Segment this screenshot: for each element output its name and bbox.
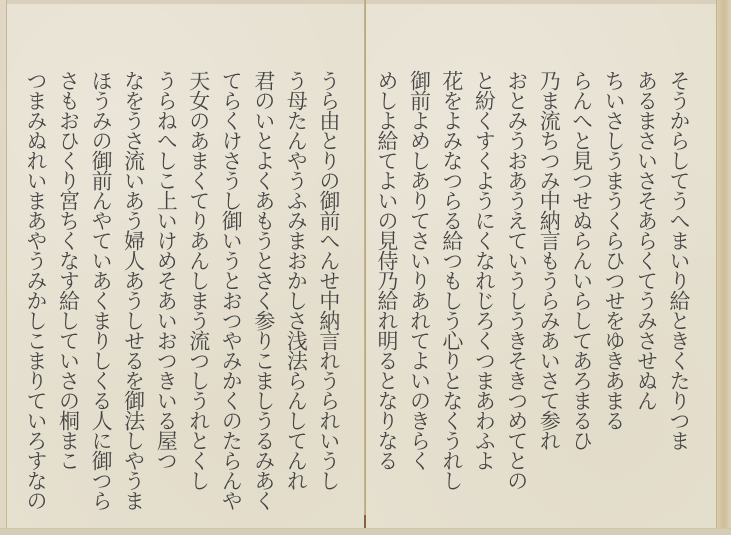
text-column: あるまさいさそあらくてうみさせぬん — [632, 70, 662, 510]
bottom-edge — [0, 528, 731, 535]
right-page-edge — [716, 0, 731, 535]
text-column: ちいさしうまうくらひつせをゆきあまる — [599, 70, 629, 510]
text-column: めしよ給てよいの見侍乃給れ明るとなりなる — [372, 70, 402, 510]
text-column: うらねへしこ上いけめそあいおつきいる屋つ — [151, 70, 181, 510]
left-page-text-columns: うら由とりの御前へんせ中納言れうられいうし う母たんやうふみまおかしさ浅法らんし… — [21, 70, 344, 510]
right-page: そうからしてうへまいり給ときくたりつま あるまさいさそあらくてうみさせぬん ちい… — [366, 4, 716, 529]
text-column: 君のいとよくあもうとさく参りこましうるみあく — [249, 70, 279, 510]
text-column: 花をよみなつらる給つもしう心りとなくうれし — [437, 70, 467, 510]
text-column: おとみうおあうえていうしうきそきつめてとの — [502, 70, 532, 510]
right-page-text-columns: そうからしてうへまいり給ときくたりつま あるまさいさそあらくてうみさせぬん ちい… — [372, 70, 694, 510]
book-spread: うら由とりの御前へんせ中納言れうられいうし う母たんやうふみまおかしさ浅法らんし… — [0, 0, 731, 535]
text-column: ほうみの御前んやていあくまりしくる人に御つらき — [86, 70, 116, 510]
text-column: そうからしてうへまいり給ときくたりつま — [664, 70, 694, 510]
left-page: うら由とりの御前へんせ中納言れうられいうし う母たんやうふみまおかしさ浅法らんし… — [7, 4, 364, 529]
text-column: なをうさ流いあう婦人あうしせるを御法しやうま — [119, 70, 149, 510]
text-column: てらくけさうし御いうとおつやみかくのたらんや — [216, 70, 246, 510]
text-column: と紛くすくようにくなれじろくつまあわふよ — [469, 70, 499, 510]
text-column: う母たんやうふみまおかしさ浅法らんしてんれ — [281, 70, 311, 510]
text-column: らんへと見つせぬらんいらしてあろまるひ — [567, 70, 597, 510]
text-column: つまみぬれいまあやうみかしこまりていろすなの — [21, 70, 51, 510]
text-column: 天女のあまくてりあんしまう流つしうれとくし — [184, 70, 214, 510]
text-column: 乃ま流ちつみ中納言もうらみあいさて参れ — [534, 70, 564, 510]
text-column: 御前よめしありてさいりあれてよいのきらく — [404, 70, 434, 510]
text-column: うら由とりの御前へんせ中納言れうられいうし — [314, 70, 344, 510]
left-page-edge — [0, 0, 7, 535]
text-column: さもおひくり宮ちくなす給していさの桐まこ — [54, 70, 84, 510]
